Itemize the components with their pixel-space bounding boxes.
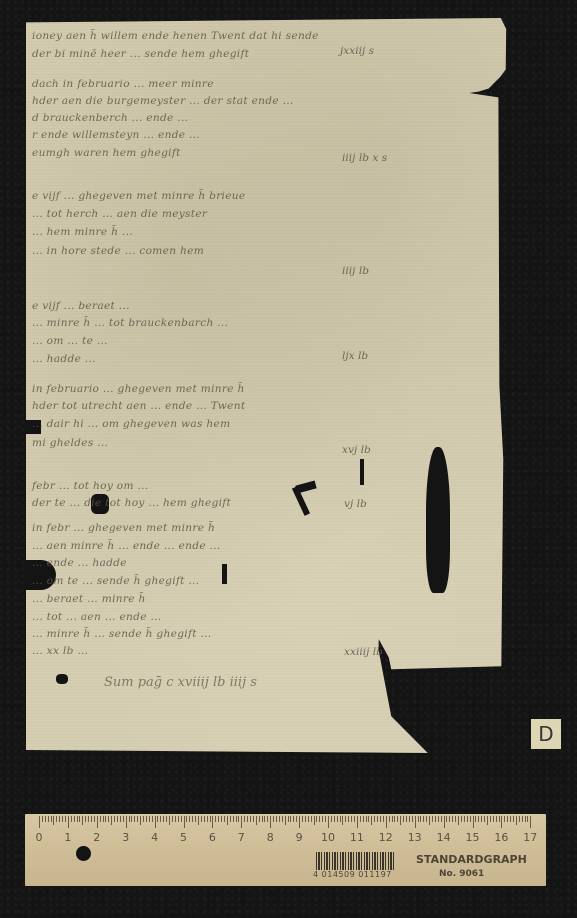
ruler-tick — [79, 816, 80, 822]
ruler-number: 17 — [523, 831, 537, 844]
ruler-tick — [484, 816, 485, 822]
ruler-tick — [314, 816, 315, 825]
ruler-tick — [186, 816, 187, 822]
ruler-tick — [525, 816, 526, 822]
ruler-number: 12 — [379, 831, 393, 844]
manuscript-line: in februario ... ghegeven met minre h̃ — [32, 383, 245, 395]
ruler-tick — [371, 816, 372, 825]
ruler-tick — [461, 816, 462, 822]
manuscript-line: dach in februario ... meer minre — [32, 78, 214, 90]
ruler-tick — [501, 816, 502, 828]
ruler-tick — [397, 816, 398, 822]
ruler-tick — [74, 816, 75, 822]
ruler-tick — [308, 816, 309, 822]
ruler-model: No. 9061 — [439, 869, 484, 879]
ruler-tick — [360, 816, 361, 822]
ruler-number: 3 — [122, 831, 129, 844]
ruler-tick — [345, 816, 346, 822]
ruler-tick — [328, 816, 329, 828]
ruler-tick — [218, 816, 219, 822]
ruler-tick — [85, 816, 86, 822]
ruler-hang-hole — [76, 846, 91, 861]
margin-sum: ljx lb — [342, 350, 368, 362]
ruler-tick — [181, 816, 182, 822]
manuscript-line: ... xx lb ... — [32, 645, 88, 657]
ruler-tick — [530, 816, 531, 828]
manuscript-line: ... hem minre h̃ ... — [32, 226, 133, 238]
folio-label-tag: D — [531, 719, 561, 749]
ruler-tick — [195, 816, 196, 822]
ruler-tick — [432, 816, 433, 822]
manuscript-line: ... om ... te ... — [32, 335, 108, 347]
ruler-tick — [510, 816, 511, 822]
ruler-tick — [108, 816, 109, 822]
ruler-tick — [418, 816, 419, 822]
ruler-tick — [279, 816, 280, 822]
ruler-tick — [464, 816, 465, 822]
ruler-tick — [39, 816, 40, 828]
ruler-number: 6 — [209, 831, 216, 844]
ruler-tick — [519, 816, 520, 822]
ruler-tick — [114, 816, 115, 822]
ruler-tick — [100, 816, 101, 822]
ruler-tick — [160, 816, 161, 822]
ruler-tick — [123, 816, 124, 822]
ruler-tick — [253, 816, 254, 822]
ruler-tick — [299, 816, 300, 828]
ruler-tick — [513, 816, 514, 822]
ruler-tick — [334, 816, 335, 822]
ruler-tick — [496, 816, 497, 822]
ruler-tick — [169, 816, 170, 825]
ruler-tick — [377, 816, 378, 822]
ruler-tick — [499, 816, 500, 822]
ruler-tick — [475, 816, 476, 822]
manuscript-line: in febr ... ghegeven met minre h̃ — [32, 522, 215, 534]
ruler-tick — [458, 816, 459, 825]
manuscript-line: e vijf ... ghegeven met minre h̃ brieue — [32, 190, 246, 202]
ruler-tick — [59, 816, 60, 822]
manuscript-line: r ende willemsteyn ... ende ... — [32, 129, 200, 141]
ruler-tick — [250, 816, 251, 822]
manuscript-line: eumgh waren hem ghegift — [32, 147, 181, 159]
ruler-tick — [467, 816, 468, 822]
ruler-tick — [204, 816, 205, 822]
ruler-tick — [406, 816, 407, 822]
manuscript-line: ... minre h̃ ... tot brauckenbarch ... — [32, 317, 228, 329]
manuscript-line: ... in hore stede ... comen hem — [32, 245, 204, 257]
manuscript-line: ... om te ... sende h̃ ghegift ... — [32, 575, 199, 587]
ruler-tick — [351, 816, 352, 822]
manuscript-line: mi gheldes ... — [32, 437, 108, 449]
ruler-tick — [51, 816, 52, 822]
ruler-tick — [157, 816, 158, 822]
margin-sum: vj lb — [344, 498, 367, 510]
ruler-tick — [394, 816, 395, 822]
ruler-tick — [131, 816, 132, 822]
ruler-tick — [137, 816, 138, 822]
ruler-tick — [478, 816, 479, 822]
barcode-icon — [316, 852, 394, 870]
ruler-tick — [105, 816, 106, 822]
ruler-tick — [91, 816, 92, 822]
ruler-tick — [403, 816, 404, 822]
ruler-tick — [423, 816, 424, 822]
margin-sum: iiij lb — [342, 265, 369, 277]
ruler-number: 2 — [93, 831, 100, 844]
ruler-tick — [233, 816, 234, 822]
ruler-tick — [302, 816, 303, 822]
ruler-tick — [146, 816, 147, 822]
ruler-tick — [241, 816, 242, 828]
margin-sum: iiij lb x s — [342, 152, 387, 164]
ruler-tick — [224, 816, 225, 822]
ruler-tick — [446, 816, 447, 822]
manuscript-line: d brauckenberch ... ende ... — [32, 112, 188, 124]
ruler-tick — [481, 816, 482, 822]
ruler-tick — [438, 816, 439, 822]
ruler-tick — [94, 816, 95, 822]
ruler-tick — [62, 816, 63, 822]
ruler-tick — [420, 816, 421, 822]
ruler-tick — [487, 816, 488, 825]
ruler-tick — [68, 816, 69, 828]
hole-damage — [426, 447, 450, 593]
ruler-tick — [129, 816, 130, 822]
ruler-tick — [117, 816, 118, 822]
ruler-tick — [143, 816, 144, 822]
ruler-tick — [247, 816, 248, 822]
ruler-tick — [48, 816, 49, 822]
margin-sum: xxiiij lb — [344, 646, 383, 658]
ruler-tick — [415, 816, 416, 828]
ruler-tick — [507, 816, 508, 822]
ruler-tick — [319, 816, 320, 822]
manuscript-line: ... aen minre h̃ ... ende ... ende ... — [32, 540, 221, 552]
ruler-tick — [522, 816, 523, 822]
hole-damage — [360, 459, 364, 485]
ruler-tick — [155, 816, 156, 828]
ruler-number: 14 — [437, 831, 451, 844]
ruler-tick — [527, 816, 528, 822]
ruler-tick — [82, 816, 83, 825]
ruler-tick — [435, 816, 436, 822]
manuscript-line: ... dair hi ... om ghegeven was hem — [32, 418, 230, 430]
ruler-tick — [325, 816, 326, 822]
ruler-tick — [77, 816, 78, 822]
ruler-tick — [452, 816, 453, 822]
hole-damage — [56, 674, 68, 684]
manuscript-line: hder tot utrecht aen ... ende ... Twent — [32, 400, 245, 412]
ruler-tick — [348, 816, 349, 822]
ruler-number: 7 — [238, 831, 245, 844]
manuscript-line: der bi minē heer ... sende hem ghegift — [32, 48, 249, 60]
ruler-tick — [103, 816, 104, 822]
ruler-tick — [386, 816, 387, 828]
manuscript-line: der te ... die tot hoy ... hem ghegift — [32, 497, 231, 509]
ruler-tick — [473, 816, 474, 828]
ruler-number: 4 — [151, 831, 158, 844]
ruler-tick — [97, 816, 98, 828]
ruler-tick — [392, 816, 393, 822]
ruler-tick — [368, 816, 369, 822]
manuscript-line: ... minre h̃ ... sende h̃ ghegift ... — [32, 628, 211, 640]
ruler-tick — [152, 816, 153, 822]
ruler-tick — [262, 816, 263, 822]
ruler-number: 10 — [321, 831, 335, 844]
ruler-tick — [140, 816, 141, 825]
ruler-tick — [221, 816, 222, 822]
ruler-number: 13 — [408, 831, 422, 844]
ruler-tick — [516, 816, 517, 825]
ruler-number: 0 — [36, 831, 43, 844]
manuscript-line: ... hadde ... — [32, 353, 96, 365]
ruler-tick — [259, 816, 260, 822]
ruler-tick — [212, 816, 213, 828]
ruler-tick — [270, 816, 271, 828]
ruler-tick — [192, 816, 193, 822]
ruler-tick — [296, 816, 297, 822]
ruler-tick — [342, 816, 343, 825]
ruler-tick — [288, 816, 289, 822]
ruler-tick — [126, 816, 127, 828]
ruler-tick — [449, 816, 450, 822]
ruler-tick — [175, 816, 176, 822]
ruler-tick — [412, 816, 413, 822]
ruler-tick — [504, 816, 505, 822]
ruler-tick — [311, 816, 312, 822]
ruler-tick — [189, 816, 190, 822]
ruler-tick — [227, 816, 228, 825]
ruler-tick — [163, 816, 164, 822]
ruler-tick — [238, 816, 239, 822]
ruler-tick — [337, 816, 338, 822]
ruler-tick — [184, 816, 185, 828]
ruler-tick — [53, 816, 54, 825]
ruler-tick — [316, 816, 317, 822]
margin-sum: jxxiij s — [340, 45, 374, 57]
ruler-tick — [426, 816, 427, 822]
ruler-tick — [282, 816, 283, 822]
ruler-tick — [198, 816, 199, 825]
ruler-tick — [45, 816, 46, 822]
ruler-tick — [400, 816, 401, 825]
ruler-brand: STANDARDGRAPH — [416, 853, 527, 866]
page-total: Sum paḡ c xviiij lb iiij s — [104, 675, 257, 690]
ruler-tick — [490, 816, 491, 822]
ruler-tick — [166, 816, 167, 822]
ruler-tick — [88, 816, 89, 822]
ruler-tick — [149, 816, 150, 822]
ruler-tick — [363, 816, 364, 822]
measurement-ruler: 01234567891011121314151617 4 014509 0111… — [25, 814, 546, 886]
ruler-tick — [207, 816, 208, 822]
ruler-tick — [244, 816, 245, 822]
manuscript-line: ... ende ... hadde — [32, 557, 127, 569]
ruler-tick — [42, 816, 43, 822]
ruler-number: 5 — [180, 831, 187, 844]
ruler-tick — [172, 816, 173, 822]
manuscript-line: febr ... tot hoy om ... — [32, 480, 148, 492]
barcode-number: 4 014509 011197 — [313, 870, 392, 879]
ruler-tick — [354, 816, 355, 822]
ruler-tick — [444, 816, 445, 828]
ruler-tick — [290, 816, 291, 822]
ruler-tick — [273, 816, 274, 822]
ruler-tick — [264, 816, 265, 822]
ruler-tick — [493, 816, 494, 822]
ruler-number: 8 — [267, 831, 274, 844]
ruler-tick — [111, 816, 112, 825]
manuscript-line: hder aen die burgemeyster ... der stat e… — [32, 95, 294, 107]
ruler-number: 15 — [466, 831, 480, 844]
ruler-tick — [201, 816, 202, 822]
ruler-tick — [178, 816, 179, 822]
ruler-tick — [120, 816, 121, 822]
manuscript-line: ... tot herch ... aen die meyster — [32, 208, 207, 220]
ruler-tick — [322, 816, 323, 822]
manuscript-line: e vijf ... beraet ... — [32, 300, 130, 312]
ruler-tick — [441, 816, 442, 822]
ruler-tick — [134, 816, 135, 822]
ruler-tick — [276, 816, 277, 822]
ruler-tick — [285, 816, 286, 825]
ruler-tick — [470, 816, 471, 822]
ruler-tick — [256, 816, 257, 825]
ruler-tick — [215, 816, 216, 822]
ruler-number: 1 — [64, 831, 71, 844]
ruler-tick — [293, 816, 294, 822]
ruler-tick — [380, 816, 381, 822]
ruler-tick — [340, 816, 341, 822]
ruler-tick — [236, 816, 237, 822]
ruler-tick — [429, 816, 430, 825]
ruler-tick — [409, 816, 410, 822]
ruler-tick — [210, 816, 211, 822]
manuscript-line: ... tot ... aen ... ende ... — [32, 611, 161, 623]
ruler-tick — [383, 816, 384, 822]
ruler-number: 16 — [494, 831, 508, 844]
ruler-tick — [71, 816, 72, 822]
hole-damage — [222, 564, 227, 584]
ruler-tick — [389, 816, 390, 822]
ruler-tick — [56, 816, 57, 822]
ruler-tick — [331, 816, 332, 822]
ruler-tick — [366, 816, 367, 822]
ruler-tick — [305, 816, 306, 822]
ruler-tick — [455, 816, 456, 822]
ruler-number: 11 — [350, 831, 364, 844]
ruler-tick — [357, 816, 358, 828]
ruler-tick — [374, 816, 375, 822]
ruler-tick — [65, 816, 66, 822]
manuscript-line: ioney aen h̃ willem ende henen Twent dat… — [32, 30, 319, 42]
margin-sum: xvj lb — [342, 444, 371, 456]
ruler-number: 9 — [296, 831, 303, 844]
ruler-tick — [267, 816, 268, 822]
manuscript-line: ... beraet ... minre h̃ — [32, 593, 146, 605]
ruler-tick — [230, 816, 231, 822]
